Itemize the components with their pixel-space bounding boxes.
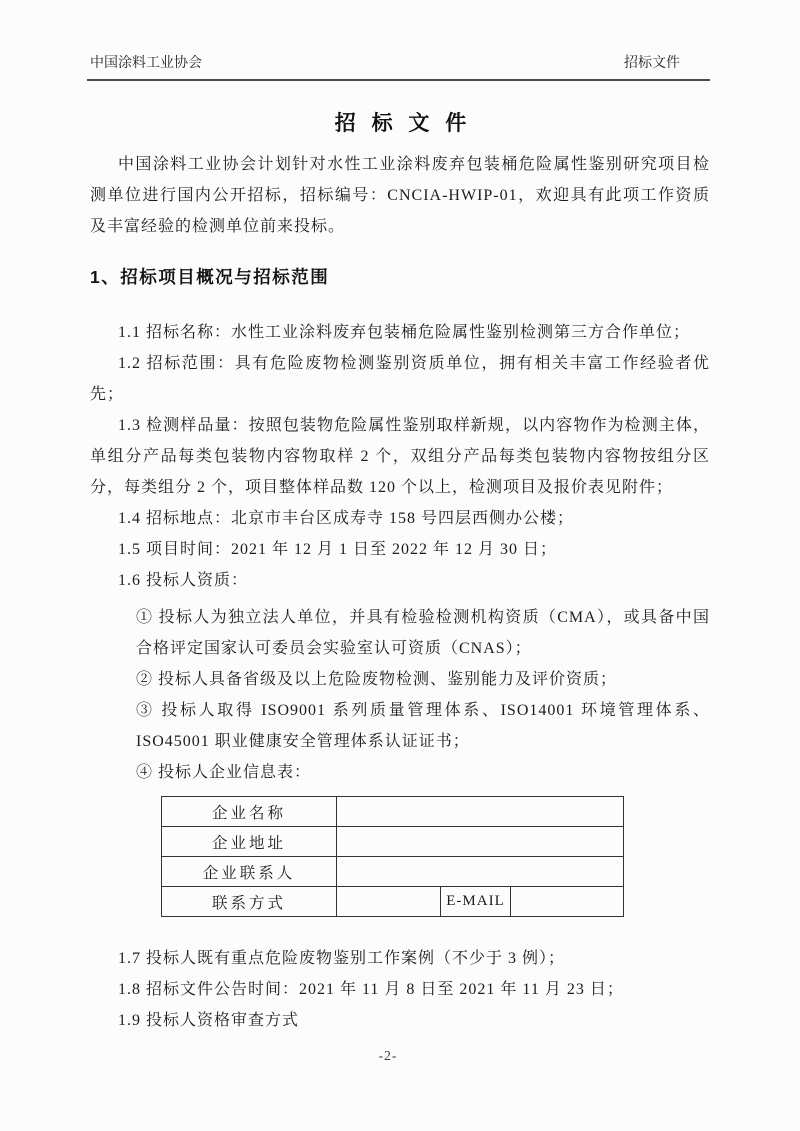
intro-paragraph: 中国涂料工业协会计划针对水性工业涂料废弃包装桶危险属性鉴别研究项目检测单位进行国… [90,149,710,242]
company-address-value [337,827,624,857]
item-1-2: 1.2 招标范围：具有危险废物检测鉴别资质单位，拥有相关丰富工作经验者优先； [90,348,710,410]
company-contact-label: 企业联系人 [162,857,337,887]
page-content: 中国涂料工业协会 招标文件 招 标 文 件 中国涂料工业协会计划针对水性工业涂料… [90,0,710,1036]
item-1-5: 1.5 项目时间：2021 年 12 月 1 日至 2022 年 12 月 30… [90,534,710,565]
item-1-6: 1.6 投标人资质： [90,565,710,596]
item-1-4: 1.4 招标地点：北京市丰台区成寿寺 158 号四层西侧办公楼； [90,503,710,534]
contact-method-label: 联系方式 [162,887,337,917]
item-1-8: 1.8 招标文件公告时间：2021 年 11 月 8 日至 2021 年 11 … [90,974,710,1005]
company-address-label: 企业地址 [162,827,337,857]
page-header: 中国涂料工业协会 招标文件 [90,52,710,72]
document-page: 中国涂料工业协会 招标文件 招 标 文 件 中国涂料工业协会计划针对水性工业涂料… [0,0,800,1131]
company-info-table: 企业名称 企业地址 企业联系人 联系方式 E-MAIL [161,796,624,917]
qualification-3: ③ 投标人取得 ISO9001 系列质量管理体系、ISO14001 环境管理体系… [136,695,710,757]
company-name-value [337,797,624,827]
item-1-9: 1.9 投标人资格审查方式 [90,1005,710,1036]
header-doc-type: 招标文件 [624,52,680,72]
page-number: -2- [0,1048,800,1064]
company-contact-value [337,857,624,887]
section-1-heading: 1、招标项目概况与招标范围 [90,264,710,290]
item-1-1: 1.1 招标名称：水性工业涂料废弃包装桶危险属性鉴别检测第三方合作单位； [90,317,710,348]
qualification-2: ② 投标人具备省级及以上危险废物检测、鉴别能力及评价资质； [136,664,710,695]
document-title: 招 标 文 件 [96,109,710,139]
table-row-company-name: 企业名称 [162,797,624,827]
email-value [511,887,624,917]
company-name-label: 企业名称 [162,797,337,827]
header-divider [87,79,710,81]
email-label: E-MAIL [441,887,511,917]
table-row-contact-method: 联系方式 E-MAIL [162,887,624,917]
table-row-company-contact: 企业联系人 [162,857,624,887]
bidder-qualification-list: ① 投标人为独立法人单位，并具有检验检测机构资质（CMA），或具备中国合格评定国… [136,602,710,788]
qualification-1: ① 投标人为独立法人单位，并具有检验检测机构资质（CMA），或具备中国合格评定国… [136,602,710,664]
table-row-company-address: 企业地址 [162,827,624,857]
header-org-name: 中国涂料工业协会 [90,52,202,72]
contact-method-value [337,887,441,917]
qualification-4: ④ 投标人企业信息表： [136,757,710,788]
item-1-3: 1.3 检测样品量：按照包装物危险属性鉴别取样新规，以内容物作为检测主体，单组分… [90,410,710,503]
item-1-7: 1.7 投标人既有重点危险废物鉴别工作案例（不少于 3 例）； [90,943,710,974]
